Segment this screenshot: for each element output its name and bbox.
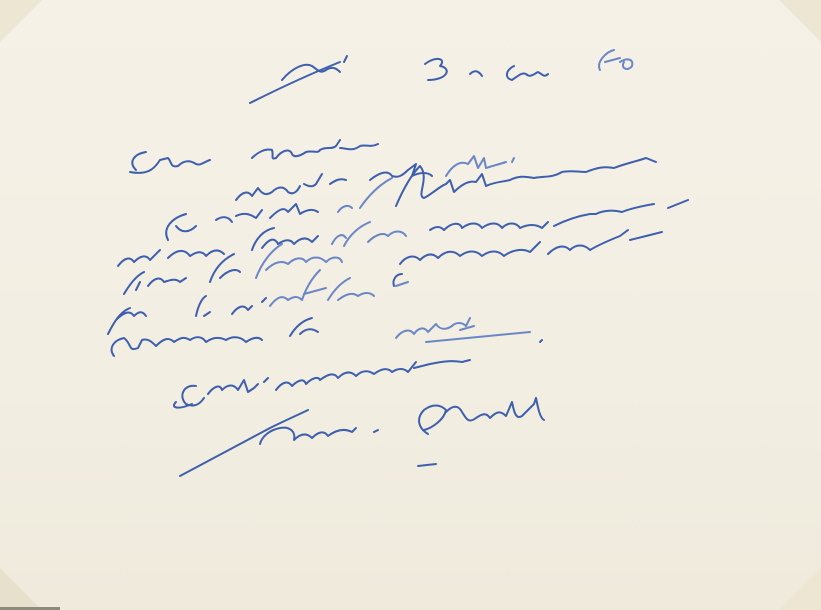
- closing-strokes: [174, 360, 470, 408]
- place-date-strokes: [250, 50, 632, 103]
- salutation-strokes: [130, 140, 378, 173]
- signature-strokes: [180, 398, 544, 476]
- handwriting-strokes: [0, 0, 821, 610]
- body-strokes: [108, 156, 688, 356]
